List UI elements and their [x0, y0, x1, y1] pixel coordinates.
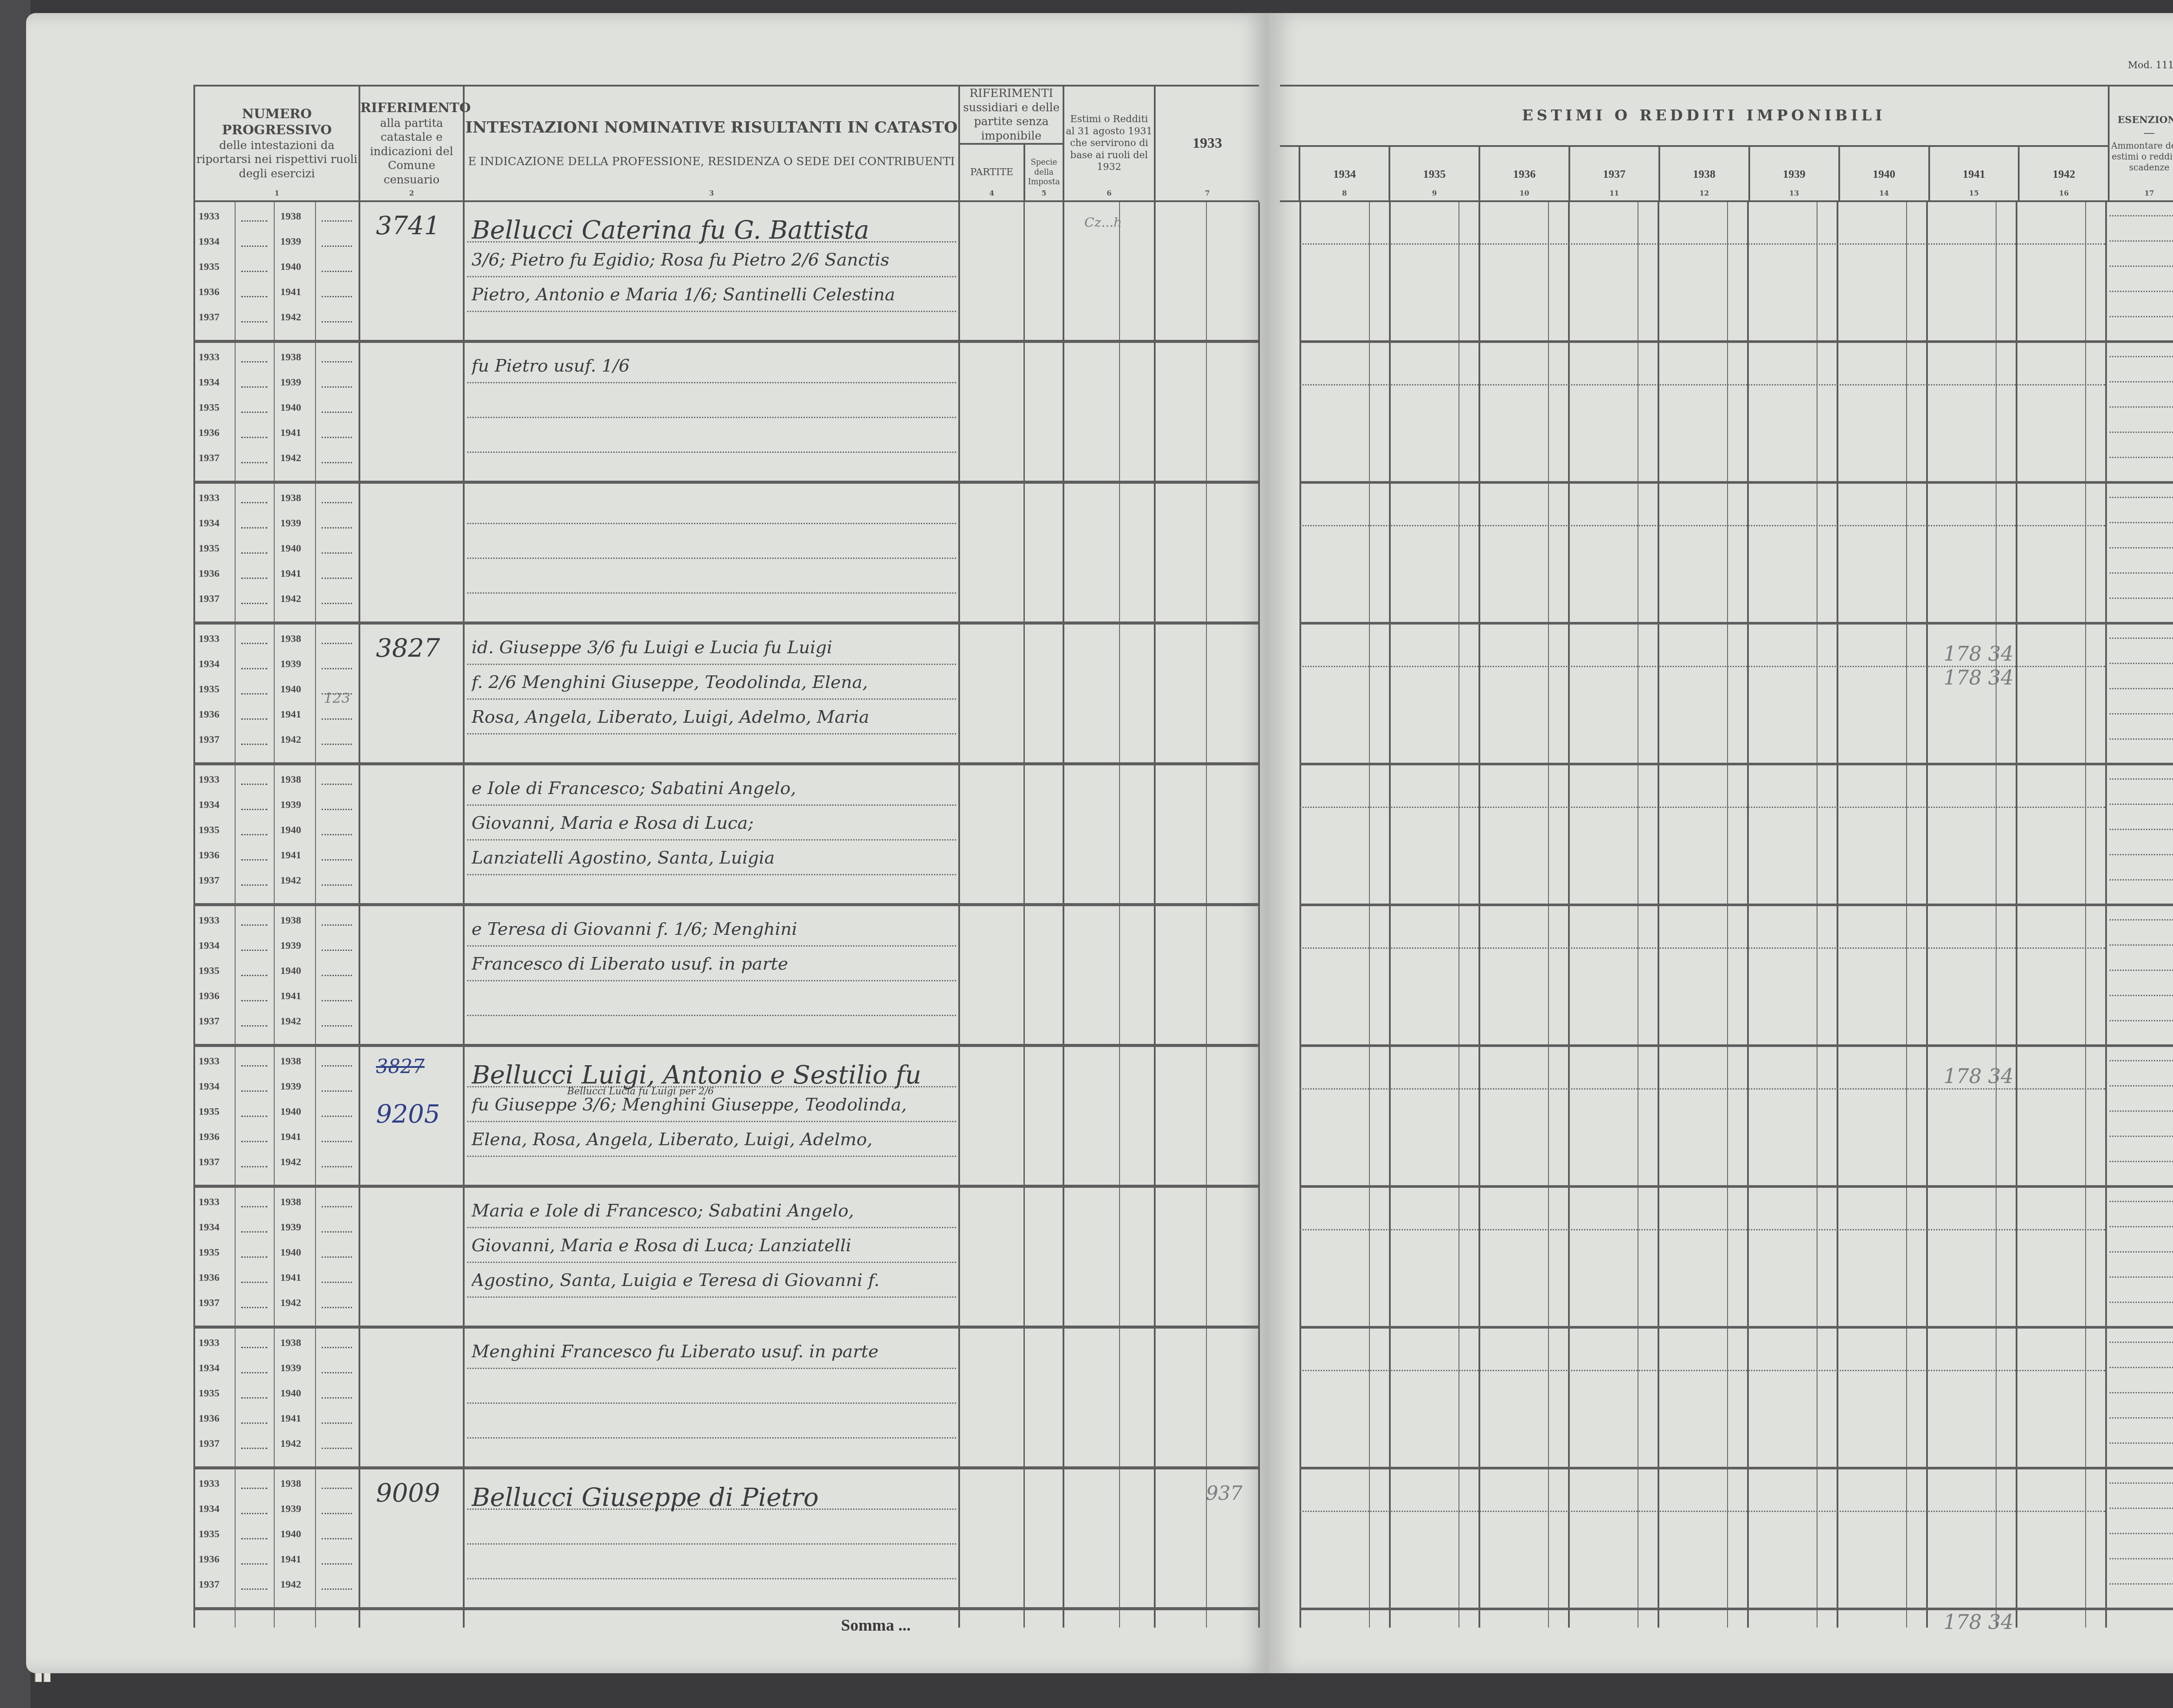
row-year: 1940	[280, 1529, 301, 1540]
row-year: 1942	[280, 1016, 301, 1027]
row-year: 1937	[199, 1579, 219, 1591]
intestazione-line: Maria e Iole di Francesco; Sabatini Ange…	[472, 1201, 954, 1221]
intestazione-line: Rosa, Angela, Liberato, Luigi, Adelmo, M…	[472, 707, 954, 727]
intestazione-line: Bellucci Giuseppe di Pietro	[472, 1482, 954, 1512]
row-year: 1937	[199, 875, 219, 887]
ledger-entry: 1933193819341939193519401936194119371942	[193, 484, 1258, 625]
ledger-entry: 1933193819341939193519401936194119371942…	[193, 1329, 1258, 1469]
row-year: 1933	[199, 915, 219, 927]
row-year: 1937	[199, 1156, 219, 1168]
row-year: 1937	[199, 1016, 219, 1027]
row-year: 1938	[280, 633, 301, 645]
row-year: 1939	[280, 518, 301, 529]
header-riferimento: RIFERIMENTO alla partita catastale e ind…	[359, 86, 464, 201]
row-year: 1933	[199, 492, 219, 504]
row-year: 1934	[199, 658, 219, 670]
row-year: 1942	[280, 1156, 301, 1168]
row-year: 1942	[280, 452, 301, 464]
header-year-1940: 194014	[1839, 146, 1929, 201]
row-year: 1936	[199, 568, 219, 580]
row-year: 1942	[280, 1438, 301, 1450]
row-year: 1940	[280, 684, 301, 695]
header-partite: PARTITE4	[959, 144, 1024, 201]
value-1941: 178 34	[1944, 1064, 2014, 1088]
row-year: 1941	[280, 1131, 301, 1143]
intestazione-line: Bellucci Caterina fu G. Battista	[472, 215, 954, 245]
header-year-1934: 19348	[1299, 146, 1389, 201]
row-year: 1937	[199, 452, 219, 464]
row-year: 1934	[199, 1503, 219, 1515]
row-year: 1942	[280, 1297, 301, 1309]
intestazione-line: Giovanni, Maria e Rosa di Luca;	[472, 813, 954, 833]
row-year: 1940	[280, 261, 301, 273]
row-year: 1936	[199, 1554, 219, 1565]
row-year: 1934	[199, 1081, 219, 1093]
intestazione-line: fu Giuseppe 3/6; Menghini Giuseppe, Teod…	[472, 1095, 954, 1115]
row-year: 1935	[199, 1247, 219, 1259]
intestazione-line: Giovanni, Maria e Rosa di Luca; Lanziate…	[472, 1236, 954, 1256]
partita-number: 3827	[376, 633, 440, 663]
partita-number: 3741	[376, 211, 440, 240]
row-year: 1936	[199, 1272, 219, 1284]
row-year: 1939	[280, 799, 301, 811]
row-year: 1935	[199, 824, 219, 836]
row-year: 1933	[199, 352, 219, 363]
header-numero-progressivo: NUMERO PROGRESSIVO delle intestazioni da…	[194, 86, 359, 201]
intestazione-line: Elena, Rosa, Angela, Liberato, Luigi, Ad…	[472, 1130, 954, 1150]
row-year: 1939	[280, 236, 301, 248]
row-year: 1942	[280, 1579, 301, 1591]
row-year: 1937	[199, 312, 219, 323]
row-year: 1936	[199, 990, 219, 1002]
header-year-1942: 194216	[2019, 146, 2109, 201]
row-year: 1940	[280, 402, 301, 414]
intestazione-line: Agostino, Santa, Luigia e Teresa di Giov…	[472, 1270, 954, 1290]
row-year: 1941	[280, 850, 301, 861]
right-header-table: ESTIMI O REDDITI IMPONIBILI ESENZIONI — …	[1280, 85, 2173, 202]
row-year: 1934	[199, 377, 219, 389]
ledger-entry: 1933193819341939193519401936194119371942…	[193, 343, 1258, 484]
row-year: 1938	[280, 1337, 301, 1349]
row-year: 1941	[280, 427, 301, 439]
row-year: 1940	[280, 1106, 301, 1118]
header-specie-imposta: Specie della Imposta5	[1024, 144, 1063, 201]
intestazione-line: Menghini Francesco fu Liberato usuf. in …	[472, 1342, 954, 1362]
row-year: 1939	[280, 1222, 301, 1233]
row-year: 1933	[199, 1337, 219, 1349]
partita-number: 9205	[376, 1099, 440, 1129]
row-year: 1938	[280, 1478, 301, 1490]
row-year: 1941	[280, 286, 301, 298]
ledger-entry: 1933193819341939193519401936194119371942…	[193, 202, 1258, 343]
row-year: 1942	[280, 734, 301, 746]
row-year: 1939	[280, 658, 301, 670]
row-year: 1939	[280, 1081, 301, 1093]
ledger-entry: 1933193819341939193519401936194119371942…	[193, 906, 1258, 1047]
intestazione-line: e Iole di Francesco; Sabatini Angelo,	[472, 778, 954, 798]
row-year: 1933	[199, 211, 219, 223]
header-year-1936: 193610	[1479, 146, 1569, 201]
row-year: 1939	[280, 377, 301, 389]
row-year: 1936	[199, 850, 219, 861]
value-1941-struck: 178 34	[1944, 666, 2014, 689]
form-label: Mod. 111 - Imposte Dirette (Intercalare)…	[2128, 60, 2173, 71]
header-riferimenti-sussidiari: RIFERIMENTI sussidiari e delle partite s…	[959, 86, 1063, 144]
header-1933: 19337	[1155, 86, 1259, 201]
row-year: 1942	[280, 593, 301, 605]
row-year: 1939	[280, 1362, 301, 1374]
row-year: 1938	[280, 492, 301, 504]
intestazione-line: Francesco di Liberato usuf. in parte	[472, 954, 954, 974]
intestazione-line: Bellucci Luigi, Antonio e Sestilio fu	[472, 1060, 954, 1090]
row-year: 1936	[199, 1131, 219, 1143]
row-year: 1935	[199, 261, 219, 273]
row-year: 1933	[199, 1056, 219, 1067]
intestazione-line: id. Giuseppe 3/6 fu Luigi e Lucia fu Lui…	[472, 638, 954, 658]
header-year-1941: 194115	[1929, 146, 2019, 201]
header-year-1937: 193711	[1569, 146, 1659, 201]
row-year: 1940	[280, 543, 301, 555]
row-year: 1941	[280, 1554, 301, 1565]
row-year: 1935	[199, 684, 219, 695]
intestazione-line: f. 2/6 Menghini Giuseppe, Teodolinda, El…	[472, 672, 954, 692]
row-year: 1938	[280, 915, 301, 927]
partita-number: 9009	[376, 1478, 440, 1508]
row-year: 1940	[280, 965, 301, 977]
row-year: 1940	[280, 824, 301, 836]
intestazione-line: 3/6; Pietro fu Egidio; Rosa fu Pietro 2/…	[472, 250, 954, 270]
left-header-table: NUMERO PROGRESSIVO delle intestazioni da…	[193, 85, 1259, 202]
row-year: 1936	[199, 1413, 219, 1425]
row-year: 1936	[199, 709, 219, 721]
row-year: 1940	[280, 1247, 301, 1259]
row-year: 1933	[199, 1196, 219, 1208]
row-year: 1940	[280, 1388, 301, 1399]
header-year-1939: 193913	[1749, 146, 1839, 201]
row-year: 1935	[199, 1388, 219, 1399]
value-1933: 937	[1206, 1482, 1243, 1505]
row-year: 1934	[199, 799, 219, 811]
ledger-entry: 1933193819341939193519401936194119371942…	[193, 1188, 1258, 1329]
row-year: 1941	[280, 709, 301, 721]
row-year: 1938	[280, 1056, 301, 1067]
struck-partita-number: 3827	[376, 1056, 425, 1078]
row-year: 1936	[199, 427, 219, 439]
intestazione-line: e Teresa di Giovanni f. 1/6; Menghini	[472, 919, 954, 939]
row-year: 1935	[199, 543, 219, 555]
header-intestazioni: INTESTAZIONI NOMINATIVE RISULTANTI IN CA…	[464, 86, 959, 201]
row-year: 1934	[199, 1222, 219, 1233]
intestazione-line: Lanziatelli Agostino, Santa, Luigia	[472, 848, 954, 868]
margin-note: 123	[324, 690, 350, 706]
somma-1941: 178 34	[1944, 1610, 2014, 1634]
row-year: 1938	[280, 211, 301, 223]
row-year: 1937	[199, 1438, 219, 1450]
row-year: 1933	[199, 1478, 219, 1490]
row-year: 1937	[199, 593, 219, 605]
row-year: 1938	[280, 774, 301, 786]
row-year: 1933	[199, 633, 219, 645]
row-year: 1937	[199, 1297, 219, 1309]
row-year: 1933	[199, 774, 219, 786]
row-year: 1941	[280, 1272, 301, 1284]
row-year: 1934	[199, 236, 219, 248]
row-year: 1942	[280, 875, 301, 887]
right-body: 178 34178 34178 343/6178 34	[1299, 202, 2173, 1628]
intestazione-line: fu Pietro usuf. 1/6	[472, 356, 954, 376]
somma-label: Somma ...	[841, 1616, 910, 1635]
ledger-entry: 1933193819341939193519401936194119371942…	[193, 625, 1258, 765]
header-estimi-imponibili: ESTIMI O REDDITI IMPONIBILI	[1299, 86, 2109, 146]
value-1941: 178 34	[1944, 642, 2014, 665]
row-year: 1941	[280, 990, 301, 1002]
row-year: 1935	[199, 1106, 219, 1118]
header-year-1935: 19359	[1389, 146, 1479, 201]
row-year: 1934	[199, 1362, 219, 1374]
row-year: 1935	[199, 1529, 219, 1540]
row-year: 1936	[199, 286, 219, 298]
row-year: 1938	[280, 352, 301, 363]
partite-note: Cz...h	[1084, 215, 1122, 230]
row-year: 1942	[280, 312, 301, 323]
row-year: 1935	[199, 965, 219, 977]
row-year: 1941	[280, 1413, 301, 1425]
interlinear-note: Bellucci Lucia fu Luigi per 2/6	[567, 1086, 714, 1097]
ledger-entry: 1933193819341939193519401936194119371942…	[193, 1047, 1258, 1188]
row-year: 1934	[199, 518, 219, 529]
row-year: 1935	[199, 402, 219, 414]
row-year: 1934	[199, 940, 219, 952]
intestazione-line: Pietro, Antonio e Maria 1/6; Santinelli …	[472, 285, 954, 305]
header-estimi-1931: Estimi o Redditi al 31 agosto 1931 che s…	[1063, 86, 1155, 201]
ledger-entry: 1933193819341939193519401936194119371942…	[193, 765, 1258, 906]
header-year-1938: 193812	[1659, 146, 1749, 201]
header-esenzioni: ESENZIONI — Ammontare degli estimi o red…	[2109, 86, 2173, 201]
row-year: 1941	[280, 568, 301, 580]
row-year: 1937	[199, 734, 219, 746]
row-year: 1939	[280, 1503, 301, 1515]
ledger-entry: 1933193819341939193519401936194119371942…	[193, 1469, 1258, 1610]
row-year: 1939	[280, 940, 301, 952]
row-year: 1938	[280, 1196, 301, 1208]
